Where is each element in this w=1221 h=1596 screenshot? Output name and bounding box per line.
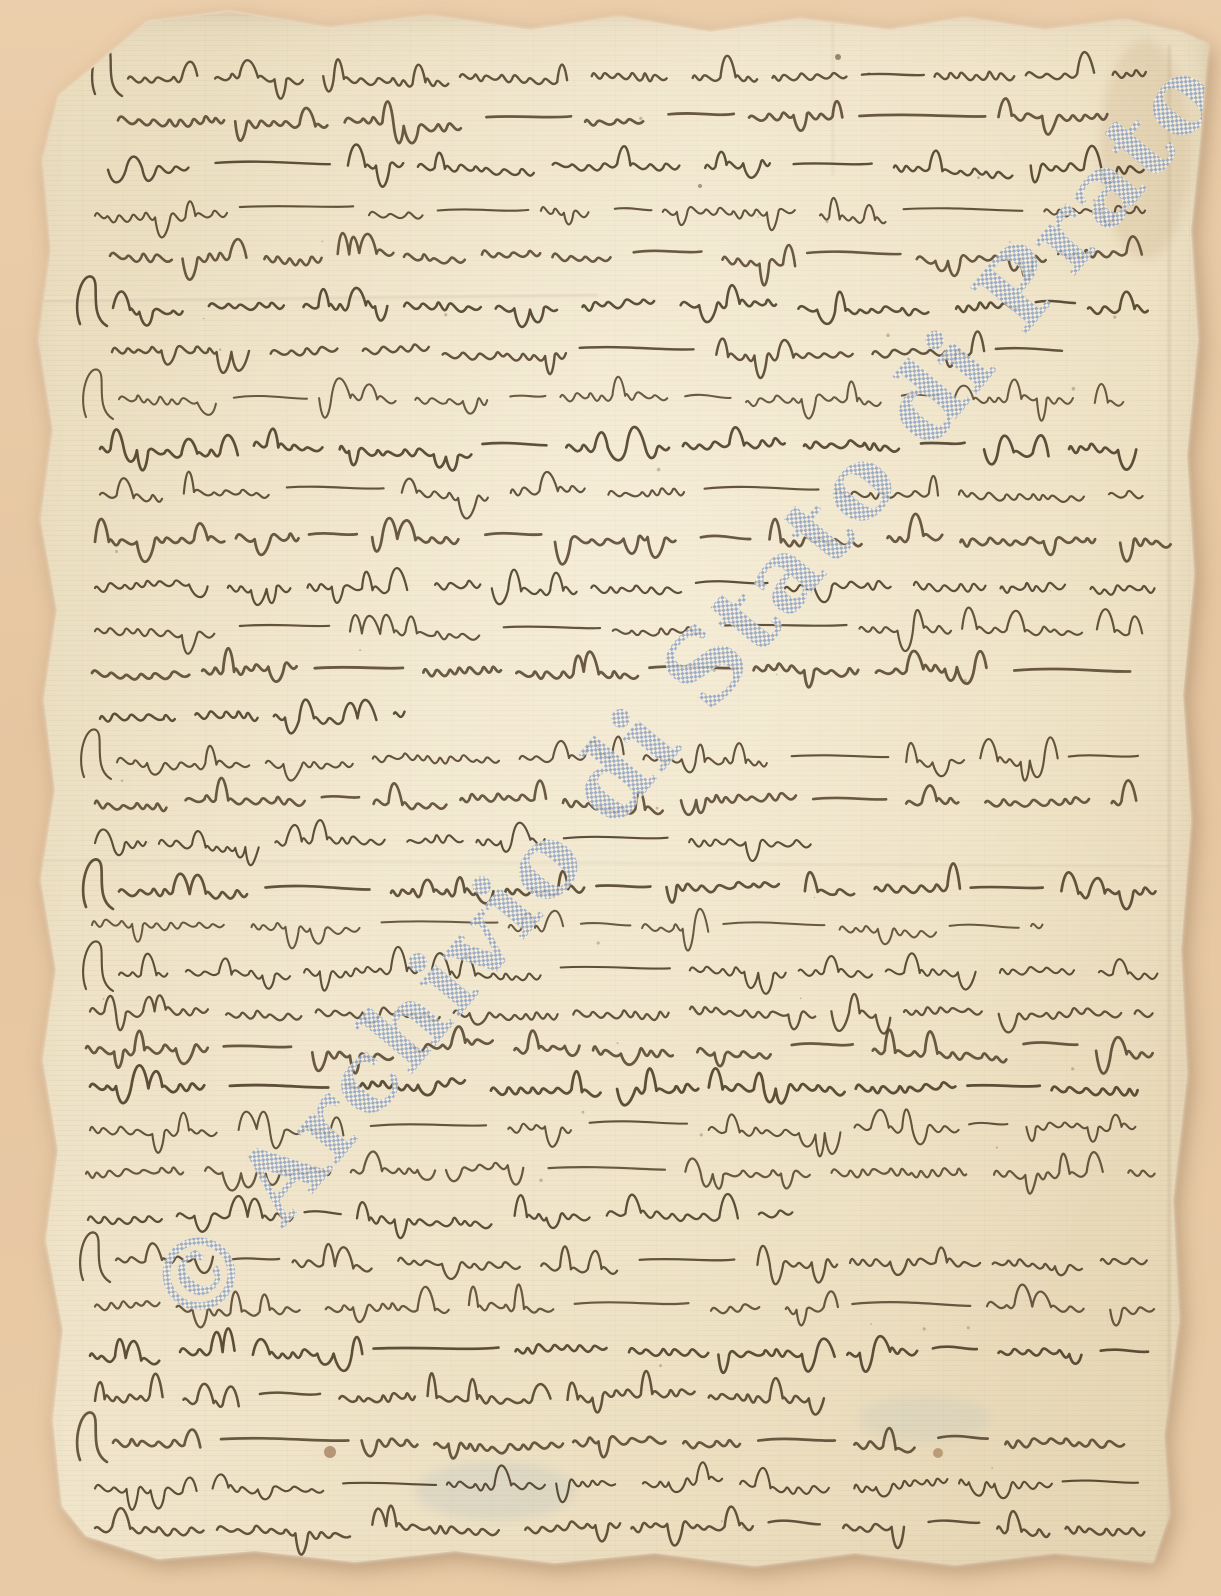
- paper-speck: [996, 1147, 998, 1149]
- manuscript-line: [95, 198, 1145, 237]
- paper-speck: [991, 1467, 993, 1469]
- manuscript-line: [90, 1109, 1135, 1156]
- paper-speck: [617, 1042, 619, 1044]
- manuscript-line: [77, 1412, 1124, 1462]
- paper-speck: [700, 1133, 703, 1136]
- paper-speck: [1009, 241, 1011, 243]
- paper-speck: [868, 72, 871, 75]
- paper-speck: [114, 1523, 115, 1524]
- manuscript-line: [95, 608, 1142, 654]
- paper-speck: [444, 313, 447, 316]
- paper-speck: [219, 348, 221, 350]
- paper-speck: [742, 1527, 744, 1529]
- scan-background: © Archivio di Stato di Prato: [0, 0, 1221, 1596]
- ink-fleck: [698, 184, 702, 188]
- paper-speck: [870, 308, 872, 310]
- paper-speck: [103, 998, 105, 1000]
- paper-speck: [1113, 316, 1116, 319]
- paper-speck: [800, 519, 803, 522]
- manuscript-line: [92, 909, 1043, 951]
- paper-speck: [639, 117, 642, 120]
- manuscript-line: [112, 331, 1062, 378]
- handwriting-lines: [0, 0, 1221, 1596]
- paper-speck: [582, 1111, 585, 1114]
- manuscript-line: [108, 144, 1144, 186]
- manuscript-line: [86, 1027, 1153, 1074]
- manuscript-line: [95, 778, 1136, 815]
- manuscript-line: [90, 1328, 1148, 1372]
- paper-speck: [977, 176, 980, 179]
- manuscript-line: [118, 99, 1107, 144]
- paper-speck: [121, 780, 123, 782]
- ink-fleck: [933, 1448, 943, 1458]
- manuscript-line: [83, 369, 1123, 420]
- ink-fleck: [324, 1446, 336, 1458]
- paper-speck: [656, 807, 659, 810]
- paper-speck: [967, 1326, 970, 1329]
- manuscript-line: [83, 859, 1155, 909]
- paper-speck: [721, 1520, 723, 1522]
- paper-speck: [657, 468, 661, 472]
- paper-speck: [322, 241, 324, 243]
- paper-speck: [535, 891, 537, 893]
- paper-speck: [659, 1364, 662, 1367]
- paper-speck: [1093, 199, 1095, 201]
- manuscript-line: [95, 514, 1171, 564]
- paper-speck: [713, 668, 716, 671]
- paper-speck: [964, 679, 967, 682]
- paper-speck: [886, 334, 890, 338]
- manuscript-paper: © Archivio di Stato di Prato: [0, 0, 1221, 1596]
- ink-fleck: [835, 54, 841, 60]
- manuscript-line: [100, 472, 1143, 519]
- manuscript-line: [77, 276, 1148, 326]
- paper-speck: [1072, 387, 1076, 391]
- manuscript-line: [90, 1065, 1138, 1105]
- paper-speck: [776, 674, 778, 676]
- paper-speck: [115, 550, 118, 553]
- paper-speck: [203, 318, 205, 320]
- manuscript-line: [110, 233, 1142, 285]
- paper-speck: [923, 1327, 926, 1330]
- paper-speck: [597, 941, 600, 944]
- manuscript-line: [83, 941, 1157, 993]
- manuscript-line: [86, 1152, 1155, 1194]
- manuscript-line: [95, 1284, 1154, 1327]
- manuscript-line: [95, 820, 811, 865]
- manuscript-line: [81, 729, 1138, 780]
- manuscript-line: [95, 1462, 1138, 1509]
- paper-speck: [814, 897, 815, 898]
- manuscript-line: [90, 994, 1153, 1034]
- manuscript-line: [95, 568, 1155, 605]
- manuscript-line: [80, 1232, 1147, 1284]
- paper-speck: [539, 1179, 542, 1182]
- paper-speck: [1071, 1067, 1074, 1070]
- paper-speck: [1122, 188, 1124, 190]
- manuscript-line: [92, 46, 1146, 98]
- manuscript-line: [95, 1371, 824, 1415]
- manuscript-line: [100, 700, 405, 734]
- paper-speck: [148, 842, 149, 843]
- manuscript-line: [100, 427, 1136, 471]
- manuscript-line: [95, 1506, 1144, 1555]
- paper-speck: [800, 998, 802, 1000]
- paper-speck: [359, 649, 361, 651]
- manuscript-line: [92, 648, 1130, 687]
- paper-speck: [757, 217, 759, 219]
- paper-speck: [1050, 590, 1052, 592]
- manuscript-line: [88, 1194, 792, 1238]
- paper-speck: [825, 220, 828, 223]
- paper-shadow-wrapper: © Archivio di Stato di Prato: [0, 0, 1221, 1596]
- paper-speck: [870, 1323, 872, 1325]
